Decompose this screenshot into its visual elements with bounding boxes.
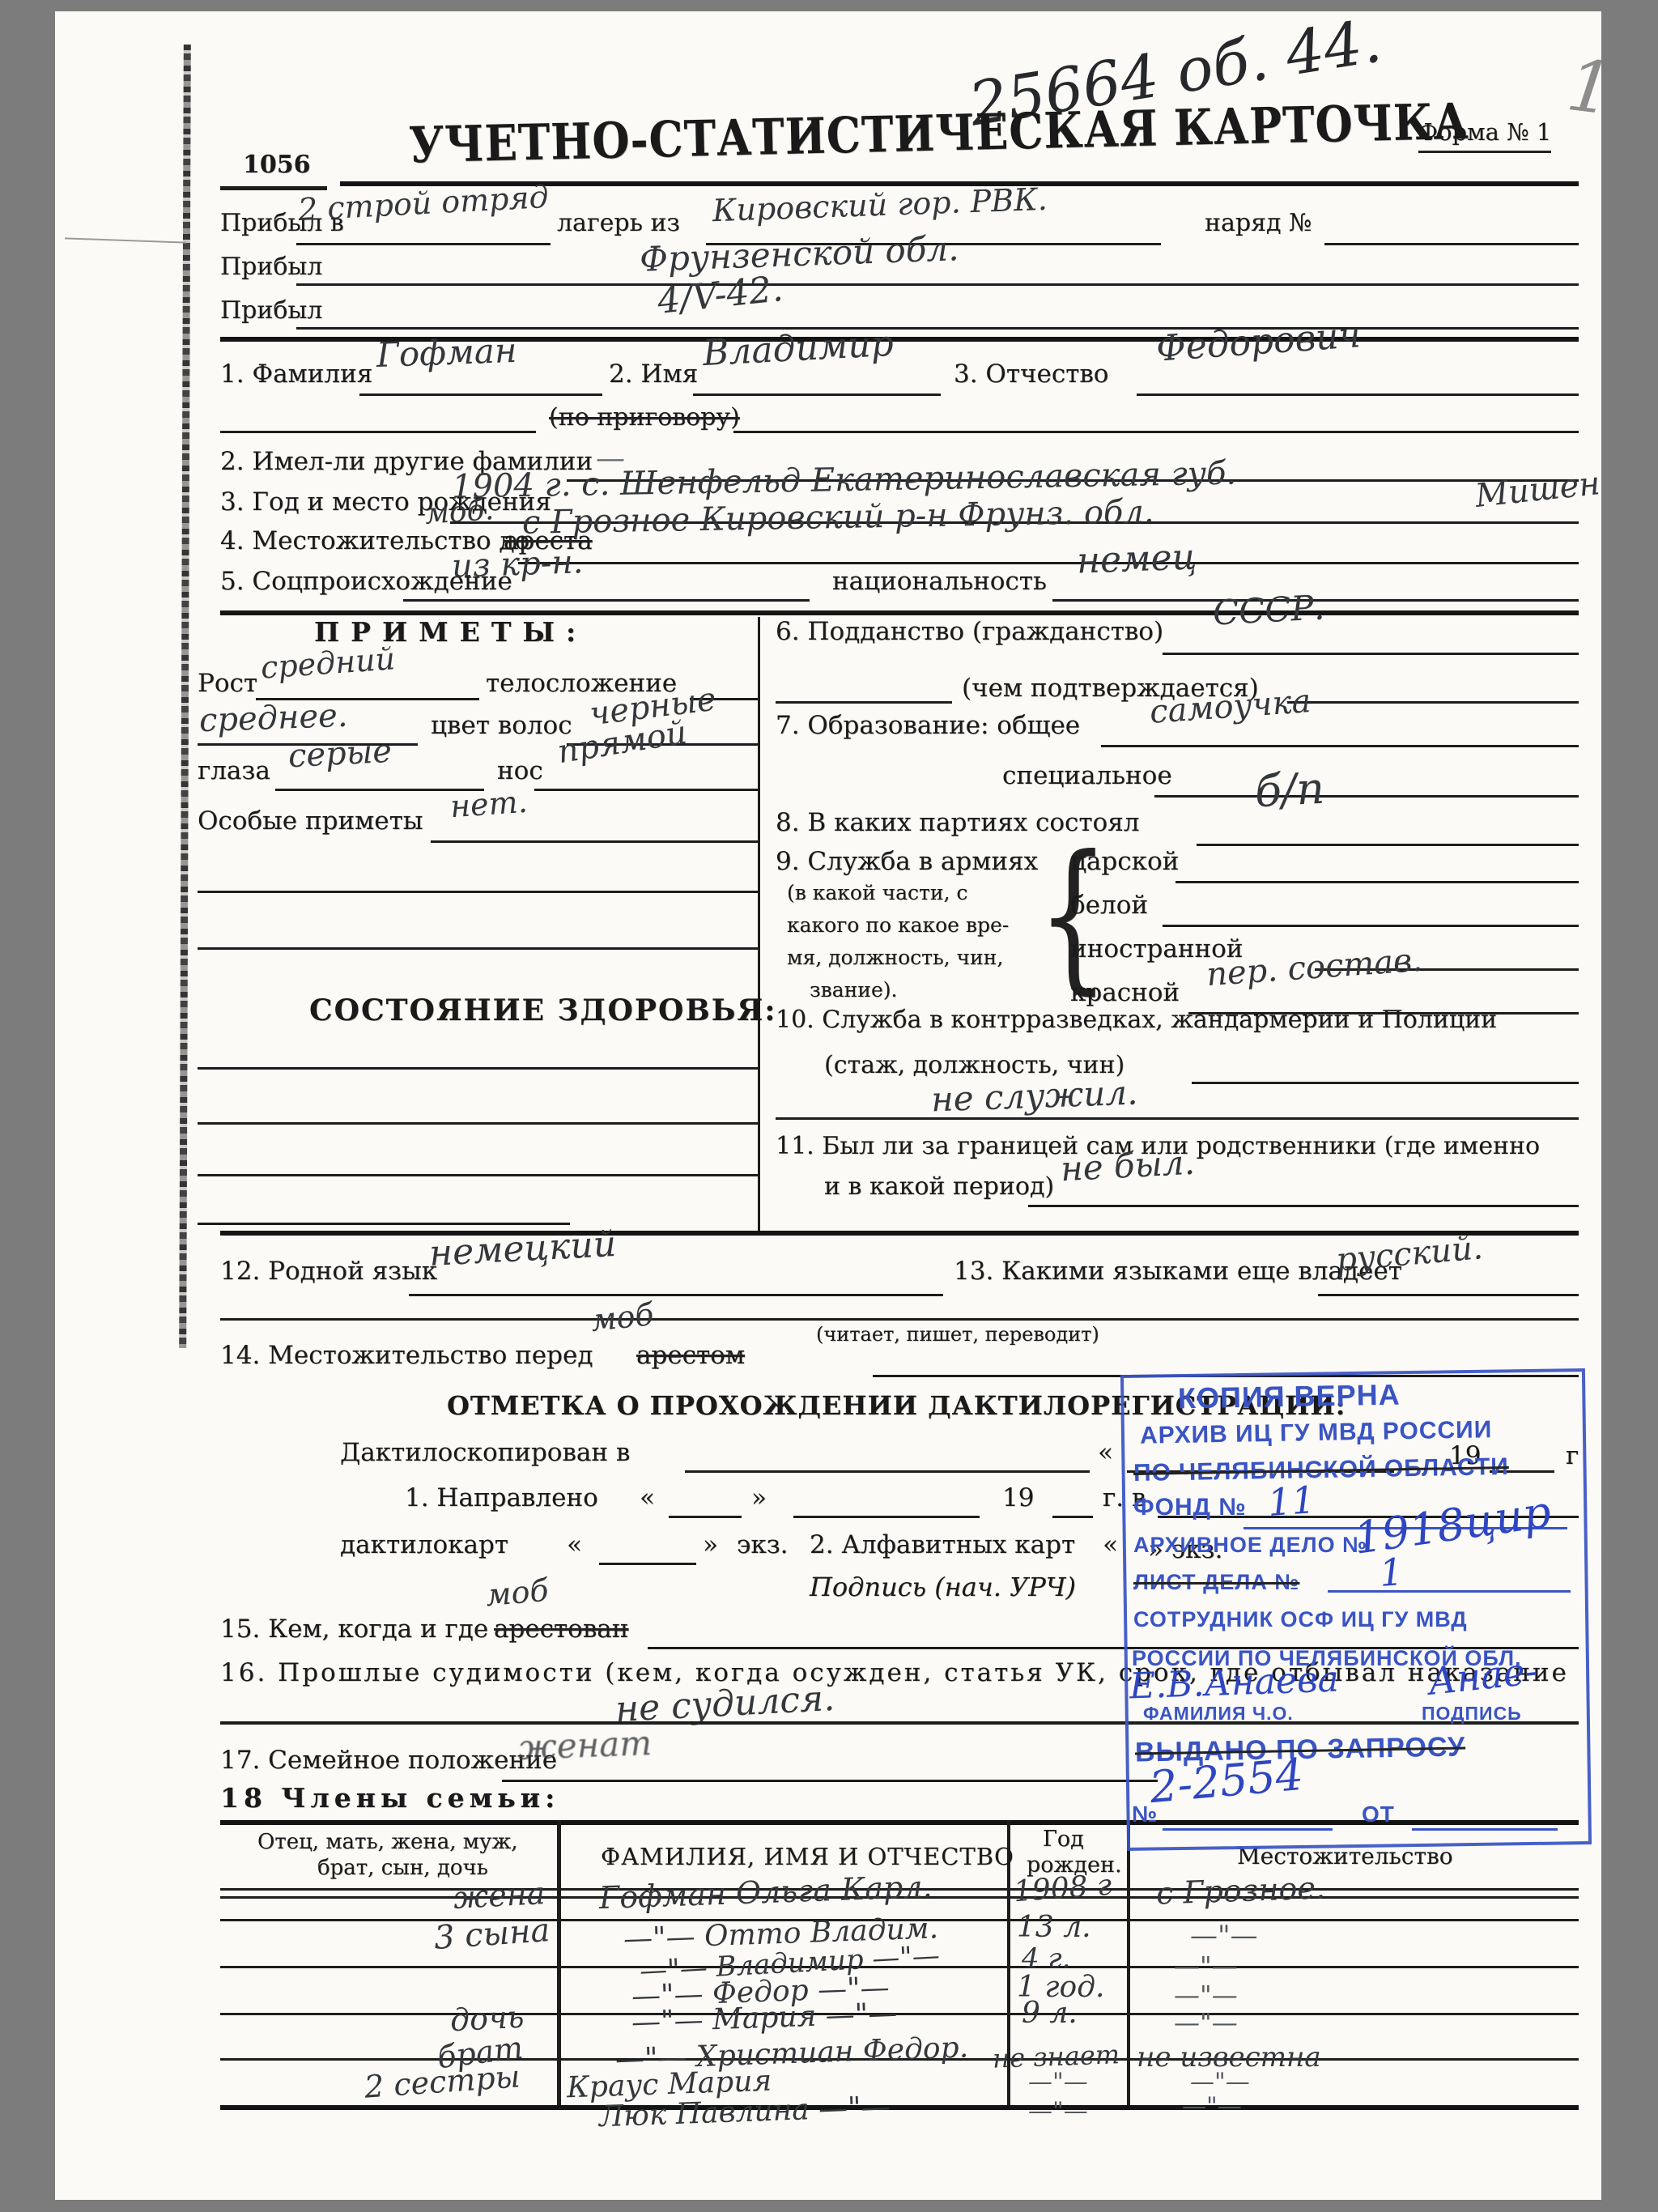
rule-line [693, 393, 941, 396]
rule-line [1197, 844, 1579, 846]
rule-line [776, 701, 952, 704]
quote-close: » [703, 1532, 718, 1559]
stamp-copy-correct: КОПИЯ ВЕРНА [1178, 1380, 1401, 1414]
stamp-rule [1163, 1828, 1333, 1831]
rule-line [359, 393, 602, 396]
rule-line [1163, 653, 1579, 655]
alphacard-label: 2. Алфавитных карт [810, 1532, 1075, 1559]
rule-line [1175, 881, 1579, 883]
rule-line [1324, 243, 1579, 245]
party-value: б/п [1254, 766, 1326, 815]
army-note-1: (в какой части, с [787, 883, 967, 904]
citizenship-value: СССР. [1212, 589, 1325, 631]
rule-line [296, 243, 551, 245]
army-service-label: 9. Служба в армиях [776, 849, 1038, 875]
rule-line [220, 1231, 1579, 1236]
education-label: 7. Образование: общее [776, 713, 1080, 739]
mob-note-4: моб. [424, 495, 495, 530]
card-code: 1056 [243, 152, 311, 178]
height-label: Рост [198, 670, 257, 697]
rule-line [534, 789, 758, 791]
item15-label: 15. Кем, когда и где [220, 1616, 488, 1643]
rule-line [220, 1318, 1579, 1321]
rule-line [1154, 795, 1579, 798]
abroad-label-2: и в какой период) [824, 1174, 1054, 1200]
rule-line [1287, 701, 1579, 704]
stamp-ot-label: ОТ [1362, 1802, 1395, 1826]
reads-writes-note: (читает, пишет, переводит) [816, 1325, 1099, 1345]
table-header-relation-2: брат, сын, дочь [317, 1857, 488, 1879]
table-row-res: —"— [1174, 2010, 1238, 2037]
stamp-officer-line-1: СОТРУДНИК ОСФ ИЦ ГУ МВД [1133, 1608, 1468, 1631]
surname-value: Гофман [376, 333, 517, 373]
army-note-2: какого по какое вре- [787, 915, 1009, 936]
rule-line [403, 599, 810, 602]
rule-line [198, 1122, 758, 1125]
rule-line [409, 1294, 943, 1296]
firstname-label: 2. Имя [609, 361, 698, 388]
table-row-year: —"— [1028, 2069, 1088, 2095]
table-row-rel: жена [453, 1878, 546, 1915]
table-row-res: —"— [1190, 1922, 1258, 1951]
table-header-relation-1: Отец, мать, жена, муж, [257, 1831, 518, 1853]
rule-line [198, 947, 758, 950]
table-header-name: ФАМИЛИЯ, ИМЯ И ОТЧЕСТВО [601, 1844, 1014, 1869]
arrived3-label: Прибыл [220, 298, 322, 324]
counterintel-label: 10. Служба в контрразведках, жандармерии… [776, 1007, 1497, 1033]
column-divider [758, 617, 760, 1231]
army-tsarist-label: царской [1070, 849, 1179, 875]
item17-value: женат [517, 1725, 653, 1766]
residence14-label: 14. Местожительство перед [220, 1342, 593, 1369]
rule-line [220, 2013, 1579, 2015]
rule-line [198, 891, 758, 893]
rule-line [1137, 393, 1579, 396]
native-language-value: немецкий [428, 1226, 617, 1273]
arrived2-label: Прибыл [220, 254, 322, 280]
dactylo-line1-label: Дактилоскопирован в [340, 1440, 630, 1466]
quote-open: « [1098, 1440, 1113, 1466]
abroad-value: не был. [1060, 1145, 1196, 1188]
form-number: Форма № 1 [1418, 120, 1551, 153]
native-language-label: 12. Родной язык [220, 1258, 437, 1285]
army-red-label: красной [1070, 980, 1180, 1006]
origin-value: из кр-н. [451, 545, 584, 584]
stamp-signature-scrawl: Анае- [1426, 1651, 1540, 1701]
army-white-label: белой [1070, 892, 1148, 919]
army-note-3: мя, должность, чин, [787, 947, 1003, 968]
sent-label: 1. Направлено [405, 1485, 598, 1512]
table-row-year: 4 г. [1022, 1945, 1070, 1974]
rule-line [1028, 1205, 1579, 1207]
surname-label: 1. Фамилия [220, 361, 372, 388]
arrest-word-14: арестом [636, 1342, 745, 1369]
rule-line [518, 562, 1579, 564]
table-row-rel: 3 сына [433, 1913, 551, 1955]
rule-line [793, 1516, 980, 1518]
rule-line [198, 1223, 570, 1225]
rule-line [669, 1516, 742, 1518]
quote-close: » [751, 1485, 767, 1512]
eyes-value: серые [287, 734, 393, 774]
rule-line [220, 431, 536, 433]
table-row-res: —"— [1174, 1982, 1238, 2010]
rule-line [296, 283, 1579, 286]
rule-line [1318, 1294, 1579, 1296]
table-row-year: 9 л. [1022, 1998, 1078, 2029]
arrest-word-15: арестован [494, 1616, 628, 1643]
nationality-label: национальность [832, 568, 1047, 595]
daktcard-label: дактилокарт [340, 1532, 508, 1559]
stamp-signature-name: Е.В.Анаева [1129, 1661, 1339, 1705]
year-19: 19 [1002, 1485, 1034, 1512]
rule-line [198, 1067, 758, 1070]
rule-line [220, 186, 327, 190]
table-row-res: с Грозное. [1155, 1872, 1325, 1910]
mob-note-14: моб [589, 1299, 655, 1338]
rule-line [685, 1470, 1090, 1473]
stamp-fond-label: ФОНД № [1133, 1495, 1247, 1521]
rule-line [1101, 745, 1579, 747]
patronymic-label: 3. Отчество [954, 361, 1108, 388]
table-header-year-1: Год [1043, 1828, 1084, 1851]
firstname-value: Владимир [702, 325, 895, 372]
stamp-list-value: 1 [1378, 1552, 1405, 1593]
order-no-label: наряд № [1205, 211, 1312, 236]
citizenship-label: 6. Подданство (гражданство) [776, 619, 1163, 645]
health-heading: СОСТОЯНИЕ ЗДОРОВЬЯ: [309, 996, 777, 1027]
rule-line [502, 1780, 1158, 1782]
stamp-list-label: ЛИСТ ДЕЛА № [1133, 1571, 1299, 1593]
stamp-rule [1328, 1590, 1571, 1593]
hair-label: цвет волос [431, 713, 572, 739]
table-row-res: —"— [1190, 2069, 1250, 2095]
stamp-sign-caption: ПОДПИСЬ [1422, 1704, 1522, 1723]
rule-line [198, 1174, 758, 1176]
table-row-year: 13 л. [1017, 1912, 1091, 1943]
stamp-fam-caption: ФАМИЛИЯ Ч.О. [1143, 1704, 1294, 1723]
rule-line [1163, 925, 1579, 927]
rule-line [1052, 1516, 1093, 1518]
rule-line [776, 1117, 1579, 1120]
quote-open: « [640, 1485, 655, 1512]
table-divider [1127, 1820, 1130, 2108]
stamp-delo-label: АРХИВНОЕ ДЕЛО № [1133, 1534, 1367, 1556]
corner-pencil-mark: 1 [1563, 48, 1618, 128]
stamp-fond-value: 11 [1266, 1480, 1316, 1522]
quote-open: « [1103, 1532, 1118, 1559]
quote-open: « [567, 1532, 582, 1559]
ekz-label: экз. [737, 1532, 789, 1559]
other-languages-label: 13. Какими языками еще владеет [954, 1258, 1402, 1285]
table-row-year: —"— [1028, 2099, 1088, 2125]
nose-label: нос [497, 758, 543, 785]
mob-note-15: моб [484, 1575, 550, 1613]
table-row-res: —"— [1182, 2094, 1242, 2120]
primety-heading: ПРИМЕТЫ: [314, 619, 587, 647]
rule-line [431, 840, 758, 843]
special-marks-value: нет. [449, 786, 529, 823]
table-row-res: —"— [1174, 1953, 1238, 1980]
scanned-registration-card: 25664 об. 44. 1 УЧЕТНО-СТАТИСТИЧЕСКАЯ КА… [0, 0, 1658, 2212]
rule-line [296, 327, 1579, 330]
special-marks-label: Особые приметы [198, 808, 423, 835]
special-education-label: специальное [1002, 763, 1172, 789]
stamp-rule [1412, 1828, 1558, 1831]
table-bottom-rule [220, 2105, 1579, 2110]
counterintel-value: не служил. [930, 1075, 1138, 1118]
nationality-value: немец [1076, 538, 1197, 580]
stamp-no-label: № [1132, 1802, 1158, 1826]
table-divider [557, 1820, 561, 2108]
build-value: среднее. [198, 699, 348, 738]
eyes-label: глаза [198, 758, 270, 785]
item18-label: 18 Члены семьи: [220, 1784, 559, 1813]
rule-line [220, 610, 1579, 615]
rule-line [599, 1563, 696, 1565]
rule-line [1192, 1082, 1579, 1084]
rule-line [733, 431, 1579, 433]
by-sentence-label: (по приговору) [549, 405, 740, 431]
signature-line-label: Подпись (нач. УРЧ) [810, 1574, 1076, 1602]
item17-label: 17. Семейное положение [220, 1747, 557, 1774]
army-note-4: звание). [810, 980, 897, 1001]
table-row-year: 1908 г [1013, 1870, 1113, 1908]
camp-from-label: лагерь из [557, 211, 680, 236]
